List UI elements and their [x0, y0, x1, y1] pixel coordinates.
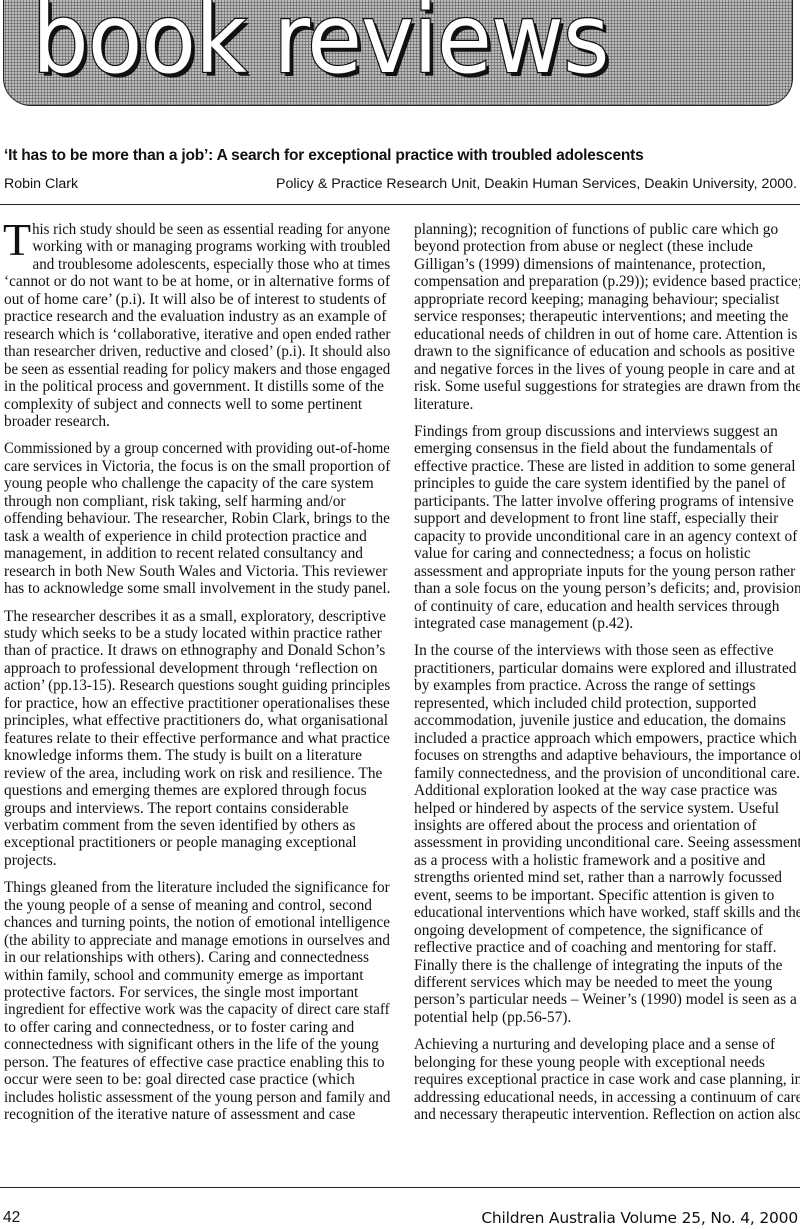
- text-line: assessment in providing unconditional ca…: [414, 834, 800, 851]
- text-line: offending behaviour. The researcher, Rob…: [4, 510, 386, 527]
- text-line: research in both New South Wales and Vic…: [4, 563, 390, 580]
- text-line: accommodation, juvenile justice and educ…: [414, 712, 800, 729]
- text-line: in our relationships with others). Carin…: [4, 949, 390, 966]
- text-line: drawn to the significance of education a…: [414, 343, 800, 360]
- text-line: Achieving a nurturing and developing pla…: [414, 1036, 800, 1053]
- text-line: research which is ‘collaborative, iterat…: [4, 326, 382, 343]
- text-line: ongoing development of competence, the s…: [414, 922, 800, 939]
- text-line: participants. The latter involve offerin…: [414, 493, 800, 510]
- text-line: event, seems to be important. Specific a…: [414, 887, 800, 904]
- text-line: appropriate record keeping; managing beh…: [414, 291, 800, 308]
- body-paragraph: The researcher describes it as a small, …: [4, 608, 390, 870]
- text-line: In the course of the interviews with tho…: [414, 642, 800, 659]
- text-line: out of home care’ (p.i). It will also be…: [4, 291, 390, 308]
- text-line: family connectedness, and the provision …: [414, 765, 800, 782]
- page-number: 42: [3, 1209, 20, 1227]
- right-column: planning); recognition of functions of p…: [414, 221, 800, 1134]
- text-line: principles, what effective practitioners…: [4, 712, 390, 729]
- text-line: within family, school and community emer…: [4, 967, 390, 984]
- text-line: strengths oriented mind set, rather than…: [414, 869, 800, 886]
- top-divider: [0, 204, 800, 205]
- text-line: service responses; therapeutic intervent…: [414, 308, 800, 325]
- text-line: helped or hindered by aspects of the ser…: [414, 800, 800, 817]
- text-line: belonging for these young people with ex…: [414, 1054, 800, 1071]
- body-paragraph: In the course of the interviews with tho…: [414, 642, 800, 1026]
- text-line: educational needs of children in out of …: [414, 326, 800, 343]
- text-line: than of practice. It draws on ethnograph…: [4, 642, 390, 659]
- text-line: educational interventions which have wor…: [414, 904, 791, 921]
- text-line: be seen as essential reading for policy …: [4, 361, 377, 378]
- text-line: the young people of a sense of meaning a…: [4, 897, 390, 914]
- text-line: groups and interviews. The report contai…: [4, 800, 390, 817]
- text-line: practitioners, particular domains were e…: [414, 660, 800, 677]
- text-line: person. The features of effective case p…: [4, 1054, 390, 1071]
- text-line: ‘cannot or do not want to be at home, or…: [4, 273, 388, 290]
- text-line: management, in addition to recent relate…: [4, 545, 390, 562]
- text-line: beyond protection from abuse or neglect …: [414, 238, 800, 255]
- text-line: features relate to their effective perfo…: [4, 730, 390, 747]
- body-paragraph: Things gleaned from the literature inclu…: [4, 879, 390, 1123]
- body-paragraph: This rich study should be seen as essent…: [4, 221, 390, 430]
- text-line: planning); recognition of functions of p…: [414, 221, 800, 238]
- text-line: projects.: [4, 852, 390, 869]
- text-line: practice research and the evaluation ind…: [4, 308, 390, 325]
- text-line: emerging consensus in the field about th…: [414, 440, 800, 457]
- text-line: represented, which included child protec…: [414, 695, 800, 712]
- text-line: than a sole focus on the young person’s …: [414, 580, 800, 597]
- text-line: care services in Victoria, the focus is …: [4, 458, 386, 475]
- text-line: of continuity of care, education and hea…: [414, 598, 800, 615]
- review-publisher: Policy & Practice Research Unit, Deakin …: [276, 176, 797, 192]
- section-banner-label: book reviews: [32, 0, 609, 87]
- page-footer: 42 Children Australia Volume 25, No. 4, …: [3, 1209, 798, 1227]
- text-line: study which seeks to be a study located …: [4, 625, 390, 642]
- section-banner: book reviews: [3, 0, 793, 106]
- text-line: has to acknowledge some small involvemen…: [4, 580, 384, 597]
- text-line: working with or managing programs workin…: [4, 238, 380, 255]
- body-paragraph: Commissioned by a group concerned with p…: [4, 440, 390, 597]
- review-title: ‘It has to be more than a job’: A search…: [4, 147, 799, 165]
- text-line: knowledge informs them. The study is bui…: [4, 747, 390, 764]
- bottom-divider: [0, 1187, 800, 1188]
- text-line: Findings from group discussions and inte…: [414, 423, 800, 440]
- text-line: and negative forces in the lives of youn…: [414, 361, 800, 378]
- text-line: review of the area, including work on ri…: [4, 765, 390, 782]
- journal-citation: Children Australia Volume 25, No. 4, 200…: [481, 1209, 798, 1227]
- text-line: Gilligan’s (1999) dimensions of maintena…: [414, 256, 800, 273]
- text-line: requires exceptional practice in case wo…: [414, 1071, 798, 1088]
- review-author: Robin Clark: [4, 176, 78, 192]
- review-byline: Robin Clark Policy & Practice Research U…: [4, 176, 797, 192]
- text-line: his rich study should be seen as essenti…: [4, 221, 376, 238]
- text-line: support and development to front line st…: [414, 510, 800, 527]
- text-line: assessment and appropriate inputs for th…: [414, 563, 800, 580]
- text-line: exceptional practitioners or people mana…: [4, 834, 390, 851]
- text-line: effective practice. These are listed in …: [414, 458, 800, 475]
- text-line: recognition of the iterative nature of a…: [4, 1106, 390, 1123]
- body-paragraph: Findings from group discussions and inte…: [414, 423, 800, 632]
- text-line: and necessary therapeutic intervention. …: [414, 1106, 793, 1123]
- text-line: insights are offered about the process a…: [414, 817, 800, 834]
- text-line: action’ (pp.13-15). Research questions s…: [4, 677, 379, 694]
- text-line: Finally there is the challenge of integr…: [414, 957, 800, 974]
- text-line: literature.: [414, 396, 800, 413]
- text-line: questions and emerging themes are explor…: [4, 782, 390, 799]
- text-line: verbatim comment from the seven identifi…: [4, 817, 390, 834]
- text-line: young people who challenge the capacity …: [4, 475, 390, 492]
- text-line: capacity to provide unconditional care i…: [414, 528, 800, 545]
- text-line: to offer caring and connectedness, or to…: [4, 1019, 390, 1036]
- text-line: includes holistic assessment of the youn…: [4, 1089, 381, 1106]
- left-column: This rich study should be seen as essent…: [4, 221, 390, 1134]
- text-line: Additional exploration looked at the way…: [414, 782, 800, 799]
- text-line: focuses on strengths and adaptive behavi…: [414, 747, 796, 764]
- text-line: different services which may be needed t…: [414, 974, 800, 991]
- body-paragraph: planning); recognition of functions of p…: [414, 221, 800, 413]
- text-line: connectedness with significant others in…: [4, 1036, 390, 1053]
- text-line: Things gleaned from the literature inclu…: [4, 879, 386, 896]
- text-line: than researcher driven, reductive and cl…: [4, 343, 381, 360]
- text-line: approach to professional development thr…: [4, 660, 390, 677]
- text-line: reflective practice and of coaching and …: [414, 939, 800, 956]
- text-line: as a process with a holistic framework a…: [414, 852, 800, 869]
- text-line: person’s particular needs – Weiner’s (19…: [414, 991, 800, 1008]
- text-line: for practice, how an effective practitio…: [4, 695, 389, 712]
- body-paragraph: Achieving a nurturing and developing pla…: [414, 1036, 800, 1123]
- text-line: by examples from practice. Across the ra…: [414, 677, 800, 694]
- text-line: chances and turning points, the notion o…: [4, 914, 384, 931]
- text-line: and troublesome adolescents, especially …: [4, 256, 382, 273]
- text-line: broader research.: [4, 413, 390, 430]
- text-line: potential help (pp.56-57).: [414, 1009, 800, 1026]
- text-line: value for caring and connectedness; a fo…: [414, 545, 800, 562]
- text-line: The researcher describes it as a small, …: [4, 608, 390, 625]
- text-line: integrated case management (p.42).: [414, 615, 800, 632]
- text-line: addressing educational needs, in accessi…: [414, 1089, 800, 1106]
- text-line: task a wealth of experience in child pro…: [4, 528, 390, 545]
- text-line: protective factors. For services, the si…: [4, 984, 390, 1001]
- text-line: risk. Some useful suggestions for strate…: [414, 378, 800, 395]
- text-line: Commissioned by a group concerned with p…: [4, 440, 372, 457]
- text-line: complexity of subject and connects well …: [4, 396, 390, 413]
- text-line: compensation and preparation (p.29)); ev…: [414, 273, 800, 290]
- text-line: included a practice approach which empow…: [414, 730, 800, 747]
- text-line: occur were seen to be: goal directed cas…: [4, 1071, 390, 1088]
- text-line: ingredient for effective work was the ca…: [4, 1001, 377, 1018]
- text-line: principles to guide the care system iden…: [414, 475, 800, 492]
- text-line: through non compliant, risk taking, self…: [4, 493, 390, 510]
- text-line: (the ability to appreciate and manage em…: [4, 932, 384, 949]
- text-line: in the political process and government.…: [4, 378, 390, 395]
